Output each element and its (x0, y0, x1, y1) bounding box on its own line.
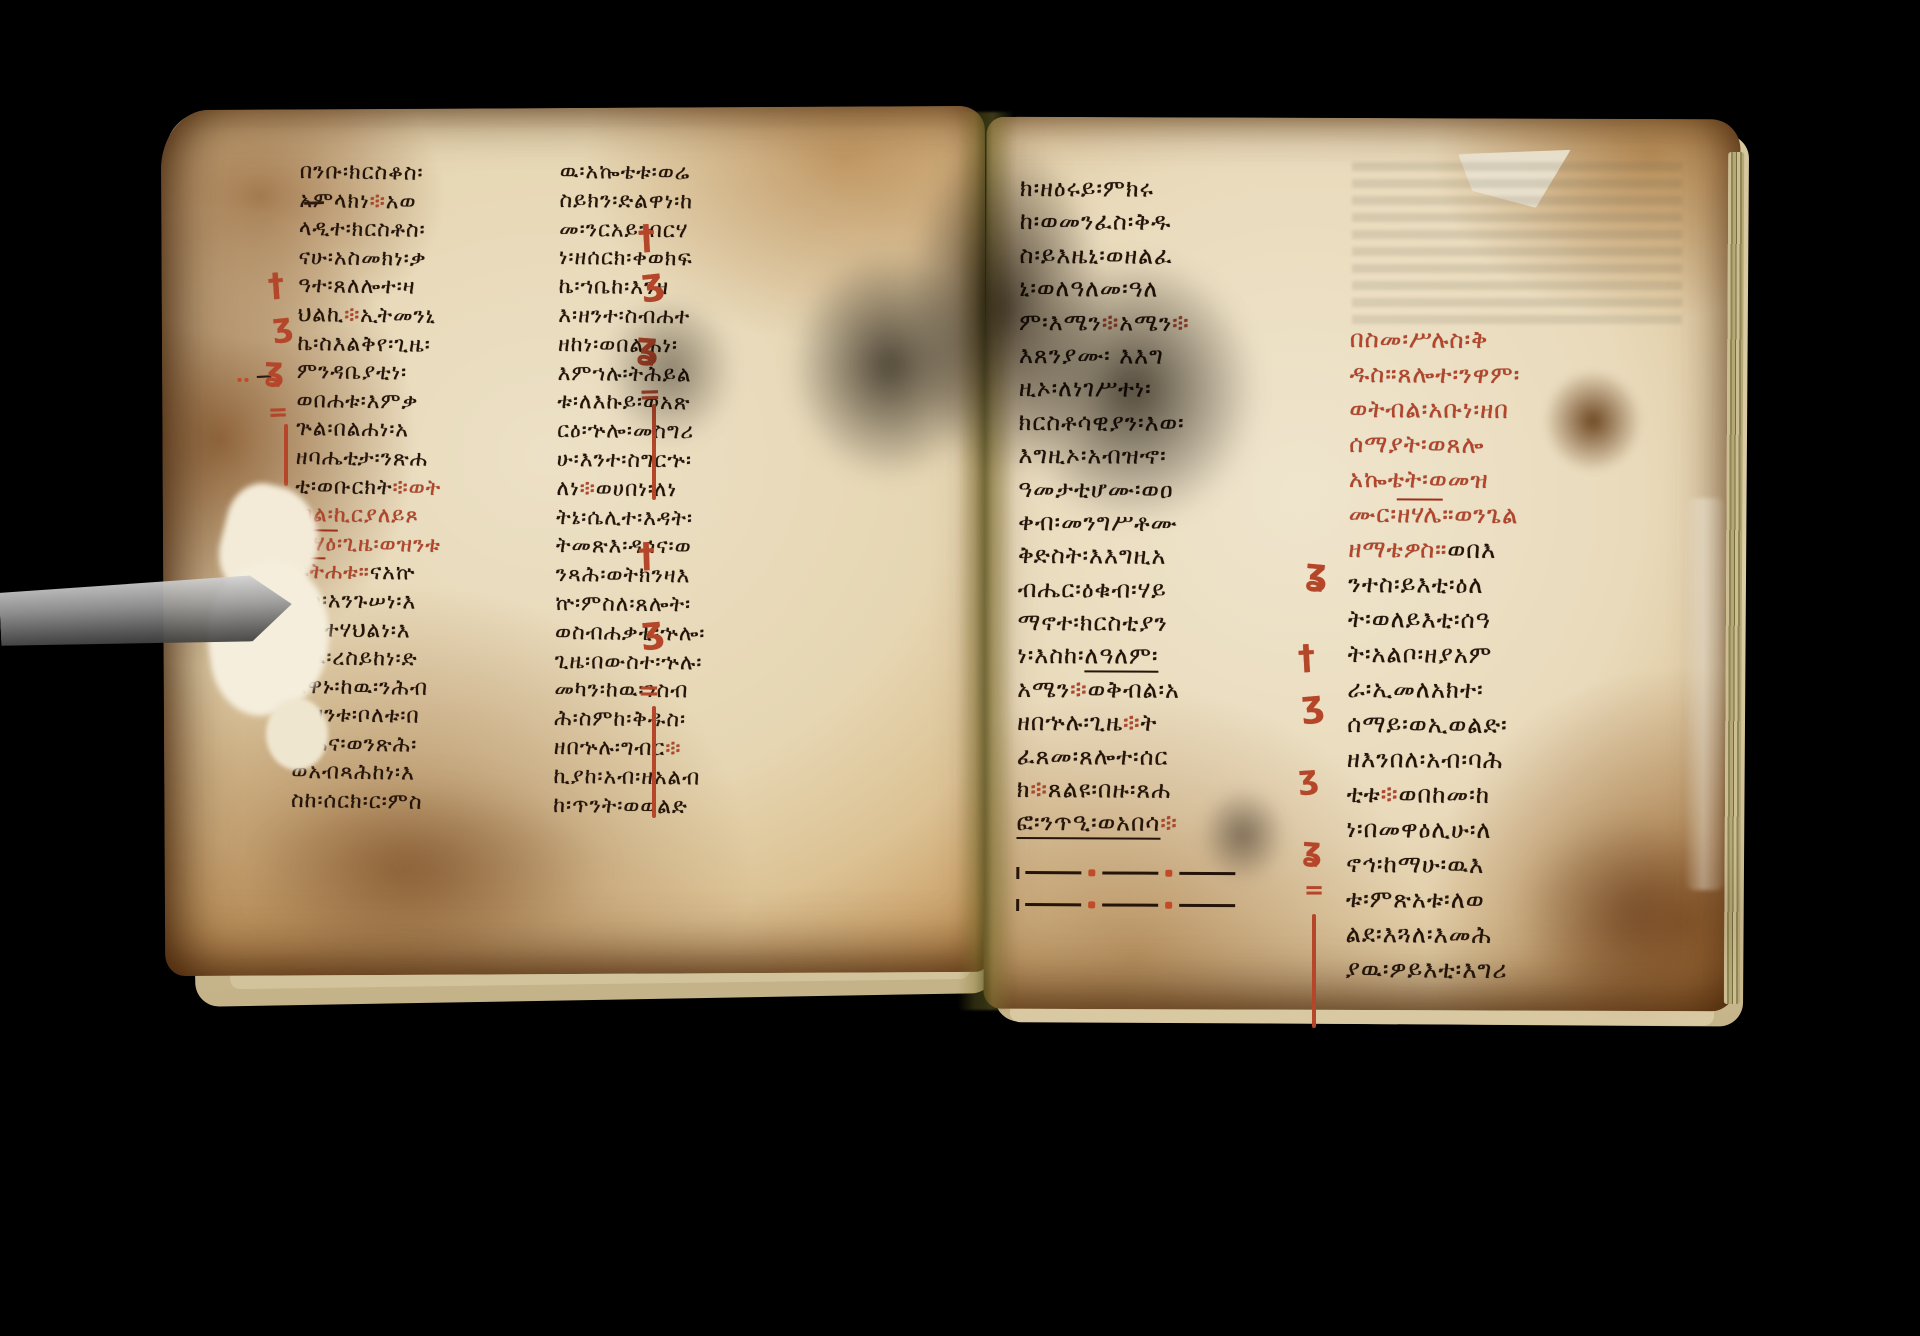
text-line: ነ፡እስከ፡ለዓለም፡ (1017, 639, 1285, 674)
text-line: እግዚኦ፡አብዝኆ፡ (1018, 439, 1286, 474)
text-line: ሁ፡እንተ፡ስግርኍ፡ (557, 446, 708, 476)
text-line: ስይክን፡ድልዋነ፡ከ (559, 187, 710, 217)
text-line: ዘማቴዎስ።ወበእ (1348, 532, 1519, 568)
text-line: ስዉ፡ረስይከነ፡ድ (293, 644, 440, 675)
text-line: እጸንያሙ፡ እእግ (1019, 339, 1287, 374)
text-line: ዘበኍሉ፡ጊዜ፨ት (1017, 706, 1285, 741)
text-line: ትኔ፡ሴሊተ፡እዳት፡ (556, 504, 707, 534)
quire-mark: ʓ (635, 325, 661, 368)
text-line: እምኀሉ፡ትሕይል (558, 360, 709, 390)
quire-mark: — (303, 190, 326, 216)
book-gutter (958, 112, 1014, 1010)
text-line: መካን፡ከዉ፡ንስብ (554, 676, 705, 706)
quire-mark: † (1297, 638, 1316, 679)
text-line: ህልኪ፨ኢትመንኒ (298, 301, 445, 332)
text-line: ራ፡ኢመለአክተ፡ (1347, 672, 1518, 708)
quire-mark: † (267, 265, 286, 304)
text-line: ት፡አልቦ፡ዘያአም (1348, 637, 1519, 673)
rubric-bar (1312, 914, 1316, 1028)
section-divider (1016, 866, 1284, 881)
rubric-bar (652, 706, 656, 818)
book-weight (0, 574, 293, 653)
text-line: ላዲተ፡ክርስቶስ፡ (299, 215, 446, 246)
text-line: ዉ፡አኰቴቱ፡ወሬ (560, 158, 711, 188)
quire-mark: † (637, 536, 655, 577)
text-line: ማኖተ፡ክርስቲያን (1018, 606, 1286, 641)
text-line: ሰማይ፡ወኢወልድ፡ (1347, 707, 1518, 743)
text-line: ሕ፡ስምከ፡ቅዱስ፡ (554, 705, 705, 735)
quire-mark: ʓ (1303, 551, 1330, 594)
rubric-bar (652, 404, 656, 500)
quire-mark: = (1304, 876, 1324, 904)
text-line: ዘበኍሉ፡ግብር፨ (554, 734, 705, 764)
text-column-left-col-1: በንቡ፡ክርስቆስ፡አምላክነ፨አወላዲተ፡ክርስቶስ፡ናሁ፡አስመክነ፡ቃዓተ… (291, 158, 446, 818)
text-line: ን፡ሃዕ፡ጊዜ፡ወዝንቱ (294, 530, 441, 561)
text-line: አኰቴት፡ወመዝ (1349, 462, 1520, 498)
text-line: ቱ፡ምጽአቱ፡ለወ (1346, 882, 1517, 918)
text-line: ከ፡ወመንፈስ፡ቅዱ (1020, 205, 1288, 240)
text-line: ጕል፡በልሐነ፡አ (296, 415, 443, 446)
quire-mark: ʒ (1299, 683, 1326, 726)
text-line: ቅድስት፡እእግዚአ (1018, 539, 1286, 574)
text-line: ሰማያት፡ወጸሎ (1349, 427, 1520, 463)
quire-mark: † (261, 543, 279, 582)
text-line: ልዋኑ፡ከዉ፡ንሕብ (292, 673, 439, 704)
text-line: ርዕ፡ኍሎ፡መስግሪ (557, 417, 708, 447)
quire-mark: ʒ (639, 261, 666, 304)
manuscript-photo: በንቡ፡ክርስቆስ፡አምላክነ፨አወላዲተ፡ክርስቶስ፡ናሁ፡አስመክነ፡ቃዓተ… (0, 0, 1920, 1336)
text-line: ፍትሐቱ።ናአኵ (294, 558, 441, 589)
text-line: እ፡ዘንተ፡ስብሐተ (558, 302, 709, 332)
page-holder-strip (1686, 498, 1724, 890)
text-line: ስ፡ይእዜኒ፡ወዘልፈ (1019, 239, 1287, 274)
text-line: ረ፡ዘንቱ፡ቦለቱ፡በ (292, 701, 439, 732)
text-line: ወአብጻሕከነ፡እ (291, 758, 438, 789)
text-line: ዲሐና፡ወንጽሕ፡ (292, 730, 439, 761)
rubric-bar (278, 700, 282, 756)
text-line: አሜን፨ወቅብል፡አ (1017, 673, 1285, 708)
text-line: ቲቱ፨ወበከመ፡ከ (1347, 777, 1518, 813)
rubric-bar (284, 424, 288, 486)
text-line: ልደ፡እጓለ፡እመሕ (1346, 917, 1517, 953)
text-line: ዱስ።ጸሎተ፡ንዋም፡ (1350, 357, 1521, 393)
quire-mark: ʓ (263, 349, 285, 388)
text-line: ምንዳቤያቲነ፡ (297, 358, 444, 389)
text-line: ኒ፡ወለዓለመ፡ዓለ (1019, 272, 1287, 307)
text-line: ፎ፡ንጥዒ፡ወአበሳ፨ (1017, 806, 1285, 841)
text-showthrough (1352, 162, 1682, 324)
text-line: መ፡ንርአይ፡ብርሃ (559, 216, 710, 246)
quire-mark: = (638, 676, 660, 706)
text-line: ወስብሐቃቲ፡ኍሎ፡ (555, 619, 706, 649)
text-line: ዚኦ፡ለነገሥተነ፡ (1019, 372, 1287, 407)
text-line: ጊዜ፡በውስተ፡ኍሉ፡ (555, 648, 706, 678)
text-line: ናሁ፡አስመክነ፡ቃ (298, 244, 445, 275)
text-line: ስከ፡ሰርክ፡ር፡ምስ (291, 787, 438, 818)
text-line: ንጻሕ፡ወትክንዛእ (555, 561, 706, 591)
text-line: ኬ፡ስእልቅየ፡ጊዜ፡ (297, 330, 444, 361)
quire-mark: ʒ (270, 305, 294, 345)
text-line: በንቡ፡ክርስቆስ፡ (300, 158, 447, 189)
text-line: ክ፨ጸልዩ፡በዙ፡ጸሐ (1017, 773, 1285, 808)
text-line: ም፡እሜን፨አሜን፨ (1019, 306, 1287, 341)
text-line: ወስተሃህልነ፡እ (293, 615, 440, 646)
text-line: ኬ፡ኀቤከ፡እንዘ (558, 273, 709, 303)
text-column-right-col-1: ክ፡ዘዕሩይ፡ምክሩከ፡ወመንፈስ፡ቅዱስ፡ይእዜኒ፡ወዘልፈኒ፡ወለዓለመ፡ዓ… (1016, 172, 1288, 913)
text-line: ቱ፡ለእኩይ፡ወአጽ (557, 388, 708, 418)
text-line: ቀብ፡መንግሥቶሙ (1018, 506, 1286, 541)
text-line: ሙር፡ዘሃሌ።ወንጌል (1349, 497, 1520, 533)
text-line: ኪያከ፡አብ፡ዘአልብ (553, 763, 704, 793)
quire-mark: = (638, 380, 661, 411)
text-line: ያዉ፡ዎይእቲ፡እግሪ (1345, 952, 1516, 988)
text-column-left-col-2: ዉ፡አኰቴቱ፡ወሬስይክን፡ድልዋነ፡ከመ፡ንርአይ፡ብርሃነ፡ዘሰርክ፡ቀወክ… (553, 158, 710, 822)
text-column-right-col-2: በስመ፡ሥሉስ፡ቅዱስ።ጸሎተ፡ንዋም፡ወትብል፡አቡነ፡ዘበሰማያት፡ወጸሎአ… (1345, 322, 1520, 988)
text-line: ብል፡ኪርያለይጾ (295, 501, 442, 532)
text-line: ክ፡ዘዕሩይ፡ምክሩ (1020, 172, 1288, 207)
text-line: ለነ፨ወሀበነ፡ለነ (556, 475, 707, 505)
text-line: ቲ፡ወቡርክት፨ወት (295, 473, 442, 504)
text-line: ኖኅ፡ከማሁ፡ዉእ (1346, 847, 1517, 883)
text-line: ፈጸመ፡ጸሎተ፡ሰር (1017, 740, 1285, 775)
section-divider (1016, 898, 1284, 913)
text-line: ት፡ወለይእቲ፡ሰዓ (1348, 602, 1519, 638)
quire-mark: ʓ (1301, 829, 1324, 868)
text-line: ነ፡ዘሰርክ፡ቀወክፍ (559, 244, 710, 274)
text-line: ወትብል፡አቡነ፡ዘበ (1349, 392, 1520, 428)
text-line: ዘእንበለ፡አብ፡ባሕ (1347, 742, 1518, 778)
quire-mark: ʓ (259, 637, 284, 678)
text-line: ዓተ፡ጸለሎተ፡ዛ (298, 272, 445, 303)
text-line: ብሔር፡ዕቁብ፡ሃይ (1018, 573, 1286, 608)
text-line: ከ፡ጥንት፡ወወልድ (553, 791, 704, 821)
text-line: ነ፡በመዋዕሊሁ፡ለ (1346, 812, 1517, 848)
text-line: ተክ፡አንጉሠነ፡እ (294, 587, 441, 618)
text-line: ወበሐቱ፡እምቃ (296, 387, 443, 418)
text-line: ዘከነ፡ወበልሐነ፡ (558, 331, 709, 361)
quire-mark: † (637, 218, 656, 259)
quire-mark: ʒ (639, 609, 666, 652)
quire-mark: = (268, 398, 289, 427)
text-line: ዘባሔቲታ፡ንጽሐ (296, 444, 443, 475)
text-line: ዓመታቲሆሙ፡ወዐ (1018, 473, 1286, 508)
text-line: ንተስ፡ይእቲ፡ዕለ (1348, 567, 1519, 603)
text-line: ትመጽእ፡ዳኅና፡ወ (556, 532, 707, 562)
quire-mark: ʒ (1297, 757, 1320, 796)
text-line: በስመ፡ሥሉስ፡ቅ (1350, 322, 1521, 358)
text-line: ኵ፡ምስለ፡ጸሎት፡ (555, 590, 706, 620)
quire-mark: •• (236, 374, 250, 387)
text-line: ክርስቶሳዊያን፡እወ፡ (1019, 406, 1287, 441)
